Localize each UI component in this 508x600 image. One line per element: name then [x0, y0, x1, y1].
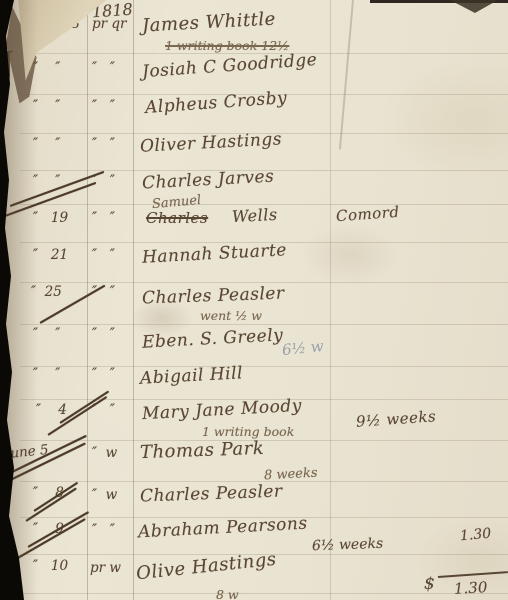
row-rate: ″ ″ — [92, 100, 115, 114]
place-note: Comord — [336, 205, 400, 224]
struck-note: 1 writing book 12½ — [165, 40, 289, 53]
pencil-weeks-note: 6½ w — [281, 339, 324, 358]
rule-line — [20, 324, 508, 325]
row-rate: pr w — [90, 562, 121, 576]
student-name: Thomas Park — [140, 440, 265, 462]
rule-line — [20, 440, 508, 441]
row-rate: ″ w — [92, 489, 117, 503]
went-note: went ½ w — [200, 310, 262, 323]
row-rate: ″ ″ — [92, 368, 115, 382]
student-name: Josiah C Goodridge — [142, 52, 318, 81]
student-name: Charles Peasler — [140, 484, 283, 506]
struck-name: Charles — [146, 211, 208, 226]
row-date: ″ 21 — [33, 249, 68, 263]
amount-value: 1.30 — [459, 527, 491, 544]
weeks-note: 8 weeks — [264, 467, 318, 483]
student-name: Abigail Hill — [140, 365, 244, 387]
row-rate: pr qr — [92, 18, 126, 32]
torn-notch — [450, 0, 498, 13]
student-name: Oliver Hastings — [140, 131, 283, 155]
row-rate: ″ ″ — [92, 286, 115, 300]
row-rate: ″ ″ — [92, 524, 115, 538]
total-currency-symbol: $ — [424, 576, 435, 593]
student-name: James Whittle — [142, 11, 277, 36]
student-name: Charles Jarves — [142, 169, 275, 193]
column-rule-rate — [133, 0, 134, 600]
paper-crease — [339, 0, 354, 149]
total-value: 1.30 — [454, 580, 488, 597]
row-date: ″ 10 — [33, 560, 68, 574]
ledger-page-scan: 1818 J aug 18 pr qr James Whittle 1 writ… — [0, 0, 508, 600]
row-rate: ″ ″ — [92, 404, 115, 418]
student-name: Wells — [232, 207, 278, 225]
rule-line — [20, 282, 508, 283]
row-rate: ″ ″ — [92, 328, 115, 342]
row-rate: ″ w — [92, 447, 117, 461]
writing-book-note: 1 writing book — [202, 426, 294, 439]
student-name: Charles Peasler — [142, 286, 285, 308]
weeks-note: 9½ weeks — [356, 409, 437, 430]
student-name: Olive Hastings — [135, 551, 277, 584]
student-name: Mary Jane Moody — [142, 398, 303, 423]
row-rate: ″ ″ — [92, 212, 115, 226]
row-rate: ″ ″ — [92, 138, 115, 152]
row-rate: ″ ″ — [92, 62, 115, 76]
student-name: Abraham Pearsons — [138, 516, 308, 542]
weeks-note: 6½ weeks — [312, 537, 384, 553]
row-rate: ″ ″ — [92, 249, 115, 263]
student-name: Hannah Stuarte — [142, 242, 288, 267]
column-rule-notes — [330, 0, 331, 600]
student-name: Eben. S. Greely — [142, 327, 284, 351]
column-rule-date — [87, 0, 88, 600]
row-date: ″ 4 — [36, 404, 67, 418]
row-date: ″ 19 — [33, 212, 68, 226]
total-rule — [438, 571, 508, 577]
weeks-note: 8 w — [216, 589, 239, 600]
